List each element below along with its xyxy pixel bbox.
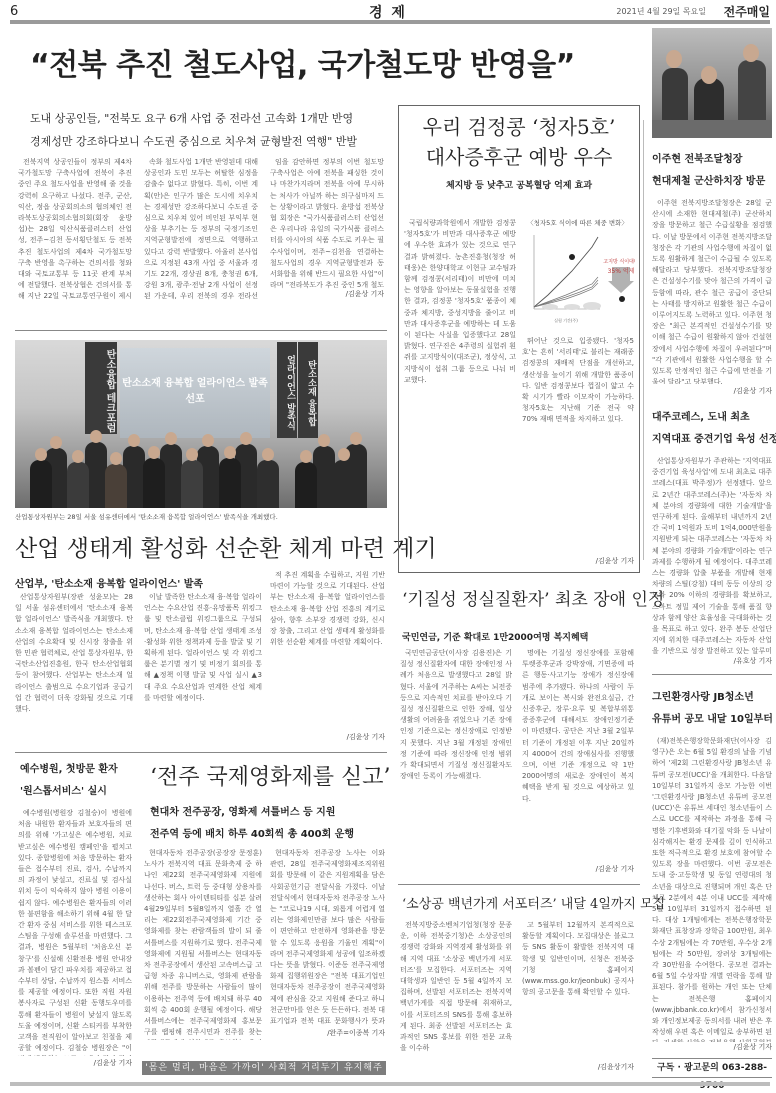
visit-photo (652, 28, 772, 138)
jb-byline: /김윤상 기자 (652, 1042, 772, 1054)
soybean-subhead: 체지방 등 낮추고 공복혈당 억제 효과 (399, 178, 639, 191)
header-rule (10, 20, 770, 24)
subscription-ad: 구독 · 광고문의 063-288-9700 (652, 1058, 772, 1078)
social-distancing-banner: '몸은 멀리, 마음은 가까이' 사회적 거리두기 유지해주세요 (142, 1061, 386, 1075)
divider (15, 752, 387, 753)
film-column-1: 현대자동차 전주공장(공장장 문정훈) 노사가 전북지역 대표 문화축제 중 하… (144, 848, 262, 1040)
pension-subhead: 국민연금, 기준 확대로 1만2000여명 복지혜택 (402, 630, 588, 643)
supporters-byline: /김윤상기자 (522, 1062, 634, 1074)
alliance-column-1: 산업통상자원부(장관 성윤모)는 28일 서울 섬유센터에서 '탄소소재 융복합… (15, 592, 133, 742)
daeju-headline-2: 지역대표 중견기업 육성 선정 (652, 430, 776, 450)
group-of-people (15, 418, 387, 508)
chart-title: 〈청자5호 식이에 따른 체중 변화〉 (520, 218, 635, 227)
footer-rule (10, 1082, 770, 1086)
photo-caption: 산업통상자원부는 28일 서울 섬유센터에서 '탄소소재 융복합 얼라이언스' … (15, 512, 278, 521)
lead-subhead-2: 경제성만 강조하다보니 수도권 중심으로 치우쳐 균형발전 역행" 반발 (30, 133, 357, 149)
soybean-column-2: 뛰어난 것으로 입증됐다. '청자5호'는 흔히 '서리태'로 불리는 재래종 … (522, 336, 634, 568)
film-subhead-2: 전주역 등에 배치 하루 40회씩 총 400회 운행 (150, 825, 354, 840)
lead-column-1: 전북지역 상공인들이 정부의 제4차 국가철도망 구축사업에 전북이 추진 중인… (18, 157, 132, 300)
jb-headline-1: 그린환경사랑 JB청소년 (652, 688, 754, 708)
newspaper-logo: 전주매일 (724, 3, 770, 20)
alliance-column-3: 적 추진 계획을 수립하고, 지원 기반 마련이 가능할 것으로 기대된다. 산… (270, 570, 385, 730)
supporters-headline: ‘소상공 백년가게 서포터즈’ 내달 4일까지 모집 (402, 893, 665, 912)
lead-column-3: 임을 감안하면 정부의 이번 철도망 구축사업은 아예 전북을 패싱한 것이나 … (270, 157, 384, 289)
visit-headline-1: 이주현 전북조달청장 (652, 150, 742, 170)
film-byline: /완주=이종복 기자 (270, 1028, 385, 1040)
yesu-headline-2: '원스톱서비스' 실시 (20, 782, 107, 802)
yesu-body: 예수병원(병원장 김철승)이 병원에 처음 내원한 환자들과 보호자들의 편의를… (18, 808, 132, 1056)
yesu-byline: /김윤상 기자 (18, 1058, 132, 1070)
pension-headline: ‘기질성 정실질환자’ 최초 장애 인정 (402, 585, 664, 610)
daeju-body: 산업통상자원부가 주관하는 '지역대표 중견기업 육성사업'에 도내 최초로 대… (652, 456, 772, 654)
divider (398, 884, 640, 885)
lead-byline: /김윤상 기자 (270, 289, 384, 301)
visit-headline-2: 현대제철 군산하치장 방문 (652, 172, 765, 192)
daeju-headline-1: 대주코레스, 도내 최초 (652, 408, 750, 428)
daeju-byline: /유호상 기자 (652, 656, 772, 668)
pension-column-2: 명에는 기질성 정신장애를 포함해 투렛증후군과 강박장애, 기면증에 따른 행… (522, 648, 634, 864)
film-headline: ‘전주 국제영화제를 싣고’ (150, 760, 391, 791)
soybean-headline-1: 우리 검정콩 ‘청자5호’ (399, 112, 639, 142)
column-divider (643, 120, 644, 560)
svg-text:실험 기간(주): 실험 기간(주) (554, 317, 578, 323)
yesu-headline-1: 예수병원, 첫방문 환자 (20, 760, 118, 780)
publication-date: 2021년 4월 29일 목요일 (616, 6, 706, 17)
lead-headline: “전북 추진 철도사업, 국가철도망 반영을” (30, 40, 575, 84)
alliance-headline: 산업 생태계 활성화 선순환 체계 마련 계기 (15, 530, 437, 563)
alliance-photo: 탄소소재 융복합 얼라이언스 발족선포 탄소융합 테크포럼 얼라이언스 발족식 … (15, 340, 387, 508)
lead-column-2: 속화 철도사업 1개만 반영된데 대해 상공인과 도민 모두는 허탈한 심정을 … (144, 157, 258, 300)
svg-text:35% 억제: 35% 억제 (608, 267, 635, 275)
supporters-column-2: 고 5월부터 12월까지 본격적으로 활동할 계획이다. 모집대상은 블로그 등… (522, 920, 634, 1060)
weight-change-chart: 〈청자5호 식이에 따른 체중 변화〉 고지방 식이대비 35% 억제 실험 기… (520, 218, 635, 336)
pension-column-1: 국민연금공단(이사장 김용진)은 기질성 정신질환자에 대한 장애인정 사례가 … (400, 648, 512, 876)
visit-byline: /김윤상 기자 (652, 386, 772, 398)
soybean-headline-2: 대사증후군 예방 우수 (399, 142, 639, 172)
soybean-column-1: 국립식량과학원에서 개발한 검정콩 '청자5호'가 비만과 대사증후군 예방에 … (404, 218, 516, 568)
chart-plot: 고지방 식이대비 35% 억제 실험 기간(주) (520, 227, 635, 332)
alliance-column-2: 이날 발족한 탄소소재 융·복합 얼라이언스는 수요산업 진흥·유망품목 위킹그… (144, 592, 262, 742)
jb-headline-2: 유튜버 공모 내달 10일부터 (652, 710, 773, 730)
alliance-byline: /김윤상 기자 (270, 732, 385, 744)
soybean-byline: /김윤상 기자 (522, 556, 634, 568)
film-subhead-1: 현대차 전주공장, 영화제 셔틀버스 등 지원 (150, 803, 335, 818)
alliance-subhead: 산업부, '탄소소재 융복합 얼라이언스' 발족 (15, 575, 203, 590)
jb-body: (재)전북은행장학문화재단(이사장 김영구)은 오는 6월 5일 환경의 날을 … (652, 736, 772, 1042)
pension-byline: /김윤상 기자 (522, 864, 634, 876)
lead-subhead-1: 도내 상공인들, "전북도 요구 6개 사업 중 전라선 고속화 1개만 반영 (30, 110, 353, 126)
divider (15, 330, 387, 331)
film-column-2: 현대자동차 전주공장 노사는 이와 관련, 28일 전주국제영화제조직위원회를 … (270, 848, 385, 1028)
supporters-column-1: 전북지방중소벤처기업청(청장 문종운, 이하 전북중기청)은 소상공인의 경쟁력… (400, 920, 512, 1070)
visit-body: 이주현 전북지방조달청장은 28일 군산시에 소재한 현대제철(주) 군산하치장… (652, 198, 772, 384)
svg-text:고지방 식이대비: 고지방 식이대비 (603, 258, 635, 265)
divider (652, 674, 772, 675)
